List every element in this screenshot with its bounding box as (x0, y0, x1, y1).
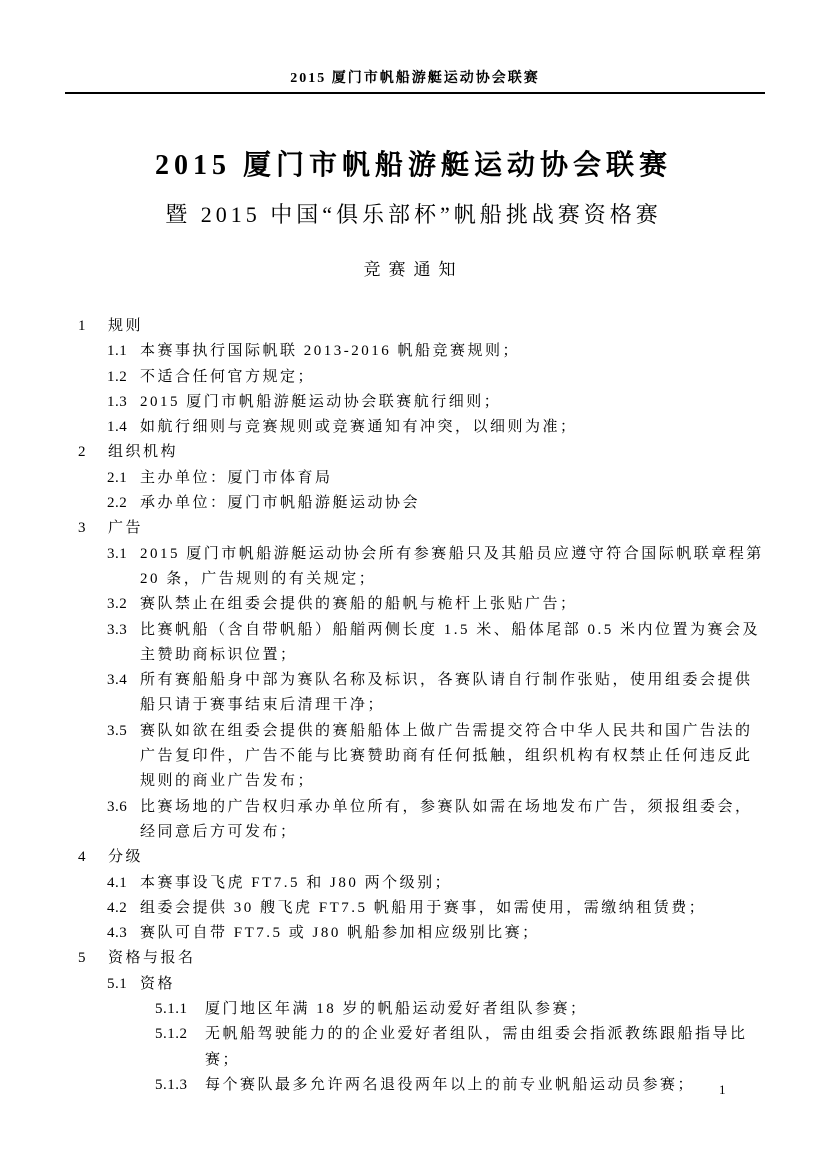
item-text: 资格 (140, 972, 765, 997)
section-number: 2 (78, 440, 108, 465)
section-heading: 3广告 (65, 516, 765, 541)
item-number: 1.4 (107, 415, 140, 440)
item-number: 1.2 (107, 365, 140, 390)
document-body: 1规则1.1本赛事执行国际帆联 2013-2016 帆船竞赛规则；1.2不适合任… (65, 314, 765, 1098)
list-item: 3.5赛队如欲在组委会提供的赛船船体上做广告需提交符合中华人民共和国广告法的广告… (65, 719, 765, 795)
list-item: 1.1本赛事执行国际帆联 2013-2016 帆船竞赛规则； (65, 339, 765, 364)
document-title: 2015 厦门市帆船游艇运动协会联赛 (0, 148, 827, 184)
item-text: 比赛场地的广告权归承办单位所有，参赛队如需在场地发布广告，须报组委会，经同意后方… (140, 795, 765, 846)
item-number: 5.1.2 (155, 1022, 205, 1073)
list-item: 4.2组委会提供 30 艘飞虎 FT7.5 帆船用于赛事，如需使用，需缴纳租赁费… (65, 896, 765, 921)
running-header: 2015 厦门市帆船游艇运动协会联赛 (65, 0, 765, 94)
list-item: 4.1本赛事设飞虎 FT7.5 和 J80 两个级别； (65, 871, 765, 896)
item-number: 3.5 (107, 719, 140, 795)
item-text: 2015 厦门市帆船游艇运动协会联赛航行细则； (140, 390, 765, 415)
item-text: 本赛事执行国际帆联 2013-2016 帆船竞赛规则； (140, 339, 765, 364)
item-number: 3.3 (107, 618, 140, 669)
item-number: 4.3 (107, 921, 140, 946)
list-item: 2.1主办单位：厦门市体育局 (65, 466, 765, 491)
list-item: 3.4所有赛船船身中部为赛队名称及标识，各赛队请自行制作张贴，使用组委会提供船只… (65, 668, 765, 719)
item-text: 2015 厦门市帆船游艇运动协会所有参赛船只及其船员应遵守符合国际帆联章程第 2… (140, 542, 765, 593)
section-title: 组织机构 (108, 440, 765, 465)
item-text: 无帆船驾驶能力的的企业爱好者组队，需由组委会指派教练跟船指导比赛； (205, 1022, 765, 1073)
section-title: 广告 (108, 516, 765, 541)
list-item: 3.12015 厦门市帆船游艇运动协会所有参赛船只及其船员应遵守符合国际帆联章程… (65, 542, 765, 593)
item-text: 赛队禁止在组委会提供的赛船的船帆与桅杆上张贴广告； (140, 592, 765, 617)
document-page: 2015 厦门市帆船游艇运动协会联赛 2015 厦门市帆船游艇运动协会联赛 暨 … (0, 0, 827, 1169)
running-header-text: 2015 厦门市帆船游艇运动协会联赛 (290, 71, 540, 86)
list-item: 5.1.3每个赛队最多允许两名退役两年以上的前专业帆船运动员参赛； (65, 1073, 765, 1098)
section-heading: 2组织机构 (65, 440, 765, 465)
item-number: 3.2 (107, 592, 140, 617)
item-text: 承办单位：厦门市帆船游艇运动协会 (140, 491, 765, 516)
document-type-label: 竞赛通知 (0, 260, 827, 280)
item-number: 5.1 (107, 972, 140, 997)
item-text: 所有赛船船身中部为赛队名称及标识，各赛队请自行制作张贴，使用组委会提供船只请于赛… (140, 668, 765, 719)
document-subtitle: 暨 2015 中国“俱乐部杯”帆船挑战赛资格赛 (0, 200, 827, 230)
section-number: 3 (78, 516, 108, 541)
item-text: 每个赛队最多允许两名退役两年以上的前专业帆船运动员参赛； (205, 1073, 765, 1098)
item-number: 4.1 (107, 871, 140, 896)
item-text: 厦门地区年满 18 岁的帆船运动爱好者组队参赛； (205, 997, 765, 1022)
item-text: 如航行细则与竞赛规则或竞赛通知有冲突，以细则为准； (140, 415, 765, 440)
item-number: 3.4 (107, 668, 140, 719)
list-item: 1.2不适合任何官方规定； (65, 365, 765, 390)
list-item: 2.2承办单位：厦门市帆船游艇运动协会 (65, 491, 765, 516)
item-text: 组委会提供 30 艘飞虎 FT7.5 帆船用于赛事，如需使用，需缴纳租赁费； (140, 896, 765, 921)
item-text: 赛队可自带 FT7.5 或 J80 帆船参加相应级别比赛； (140, 921, 765, 946)
item-text: 赛队如欲在组委会提供的赛船船体上做广告需提交符合中华人民共和国广告法的广告复印件… (140, 719, 765, 795)
page-number: 1 (719, 1082, 726, 1098)
list-item: 5.1资格 (65, 972, 765, 997)
list-item: 3.3比赛帆船（含自带帆船）船艏两侧长度 1.5 米、船体尾部 0.5 米内位置… (65, 618, 765, 669)
item-number: 5.1.3 (155, 1073, 205, 1098)
section-heading: 5资格与报名 (65, 946, 765, 971)
item-number: 3.1 (107, 542, 140, 593)
list-item: 4.3赛队可自带 FT7.5 或 J80 帆船参加相应级别比赛； (65, 921, 765, 946)
section-number: 5 (78, 946, 108, 971)
item-number: 2.2 (107, 491, 140, 516)
section-title: 分级 (108, 845, 765, 870)
item-text: 主办单位：厦门市体育局 (140, 466, 765, 491)
item-number: 4.2 (107, 896, 140, 921)
item-number: 5.1.1 (155, 997, 205, 1022)
list-item: 1.4如航行细则与竞赛规则或竞赛通知有冲突，以细则为准； (65, 415, 765, 440)
item-text: 不适合任何官方规定； (140, 365, 765, 390)
list-item: 3.6比赛场地的广告权归承办单位所有，参赛队如需在场地发布广告，须报组委会，经同… (65, 795, 765, 846)
section-number: 1 (78, 314, 108, 339)
item-number: 3.6 (107, 795, 140, 846)
section-heading: 1规则 (65, 314, 765, 339)
item-number: 1.3 (107, 390, 140, 415)
section-title: 资格与报名 (108, 946, 765, 971)
section-heading: 4分级 (65, 845, 765, 870)
item-number: 1.1 (107, 339, 140, 364)
list-item: 5.1.2无帆船驾驶能力的的企业爱好者组队，需由组委会指派教练跟船指导比赛； (65, 1022, 765, 1073)
section-number: 4 (78, 845, 108, 870)
item-text: 比赛帆船（含自带帆船）船艏两侧长度 1.5 米、船体尾部 0.5 米内位置为赛会… (140, 618, 765, 669)
list-item: 1.32015 厦门市帆船游艇运动协会联赛航行细则； (65, 390, 765, 415)
item-text: 本赛事设飞虎 FT7.5 和 J80 两个级别； (140, 871, 765, 896)
list-item: 3.2赛队禁止在组委会提供的赛船的船帆与桅杆上张贴广告； (65, 592, 765, 617)
section-title: 规则 (108, 314, 765, 339)
list-item: 5.1.1厦门地区年满 18 岁的帆船运动爱好者组队参赛； (65, 997, 765, 1022)
item-number: 2.1 (107, 466, 140, 491)
